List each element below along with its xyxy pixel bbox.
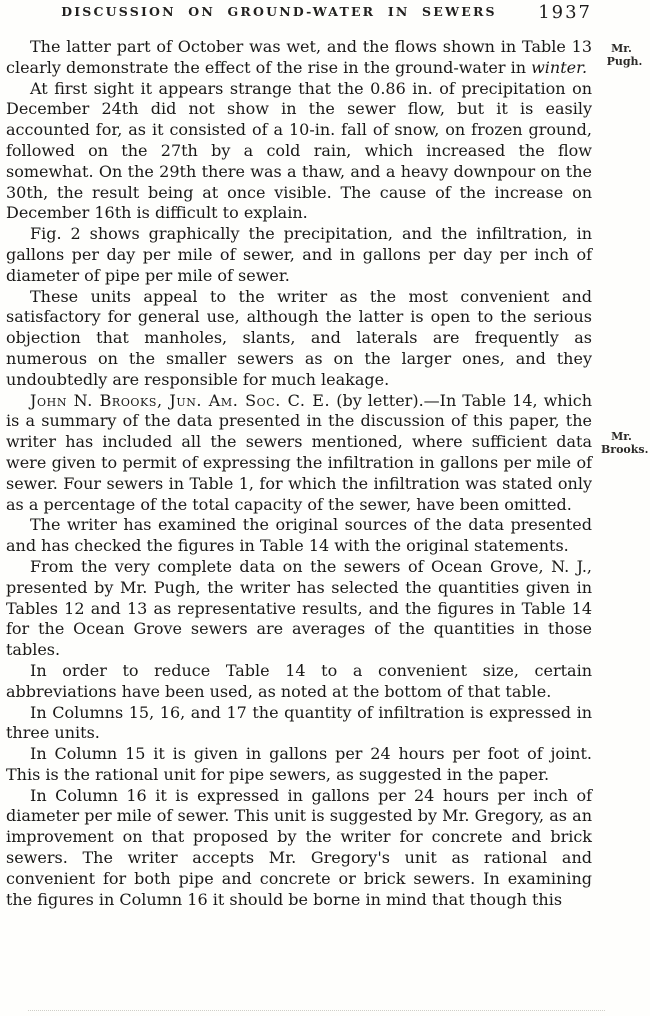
- paragraph: From the very complete data on the sewer…: [6, 557, 592, 661]
- margin-note-line: Brooks.: [595, 443, 648, 456]
- paragraph: In order to reduce Table 14 to a conveni…: [6, 661, 592, 703]
- text-segment: In order to reduce Table 14 to a conveni…: [6, 661, 592, 701]
- margin-note-line: Mr.: [595, 430, 648, 443]
- paragraph: Fig. 2 shows graphically the precipitati…: [6, 224, 592, 286]
- text-segment: The writer has examined the original sou…: [6, 515, 592, 555]
- paragraph: The writer has examined the original sou…: [6, 515, 592, 557]
- text-segment: At first sight it appears strange that t…: [6, 79, 592, 223]
- paragraph: In Column 16 it is expressed in gallons …: [6, 786, 592, 911]
- page-bottom-scan-rule: [28, 1010, 605, 1011]
- paragraph: The latter part of October was wet, and …: [6, 37, 592, 79]
- margin-note-pugh: Mr. Pugh.: [595, 42, 648, 68]
- margin-note-line: Mr.: [595, 42, 648, 55]
- body-text-column: The latter part of October was wet, and …: [6, 37, 592, 910]
- document-page: DISCUSSION ON GROUND-WATER IN SEWERS 193…: [0, 0, 650, 1016]
- text-segment: The latter part of October was wet, and …: [6, 37, 592, 77]
- text-segment: In Column 16 it is expressed in gallons …: [6, 786, 592, 909]
- margin-note-brooks: Mr. Brooks.: [595, 430, 648, 456]
- text-segment: In Column 15 it is given in gallons per …: [6, 744, 592, 784]
- text-segment: In Columns 15, 16, and 17 the quantity o…: [6, 703, 592, 743]
- text-segment-smallcaps: John N. Brooks, Jun. Am. Soc. C. E.: [30, 391, 330, 410]
- paragraph: At first sight it appears strange that t…: [6, 79, 592, 225]
- paragraph: In Column 15 it is given in gallons per …: [6, 744, 592, 786]
- paragraph: These units appeal to the writer as the …: [6, 287, 592, 391]
- page-header-title: DISCUSSION ON GROUND-WATER IN SEWERS: [6, 4, 592, 19]
- paragraph: John N. Brooks, Jun. Am. Soc. C. E. (by …: [6, 391, 592, 516]
- margin-note-line: Pugh.: [595, 55, 648, 68]
- page-number: 1937: [538, 2, 592, 23]
- text-segment: These units appeal to the writer as the …: [6, 287, 592, 389]
- text-segment: From the very complete data on the sewer…: [6, 557, 592, 659]
- text-segment: Fig. 2 shows graphically the precipitati…: [6, 224, 592, 285]
- text-segment-italic: winter.: [531, 58, 587, 77]
- running-head: DISCUSSION ON GROUND-WATER IN SEWERS 193…: [6, 4, 592, 24]
- paragraph: In Columns 15, 16, and 17 the quantity o…: [6, 703, 592, 745]
